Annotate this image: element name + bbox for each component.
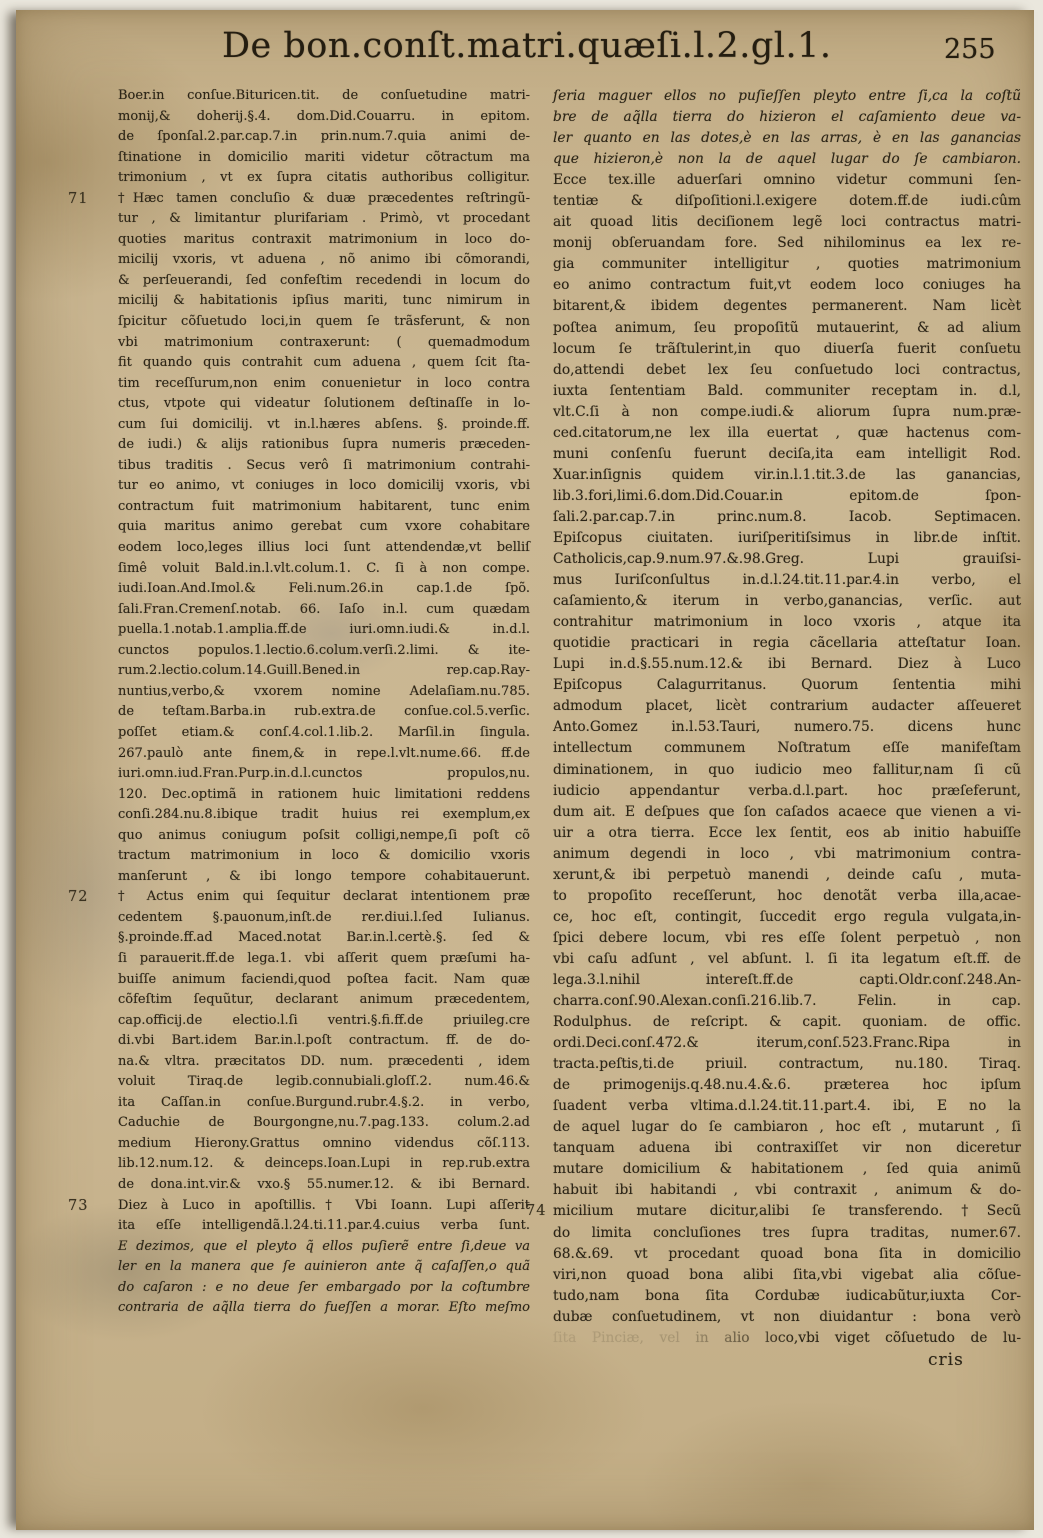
text-line: buiſſe animum faciendi,quod poſtea facit… bbox=[118, 970, 530, 991]
text-line: dum ait. E deſpues que ſon caſados acaec… bbox=[553, 802, 1021, 823]
text-line: 267.paulò ante finem,& in repe.l.vlt.num… bbox=[118, 744, 530, 765]
text-line: iudi.Ioan.And.Imol.& Feli.num.26.in cap.… bbox=[118, 579, 530, 600]
text-line: ſimê voluit Bald.in.l.vlt.colum.1. C. ſi… bbox=[118, 559, 530, 580]
text-line: cap.officij.de electio.l.ſi ventri.§.fi.… bbox=[118, 1011, 530, 1032]
text-line: de teſtam.Barba.in rub.extra.de conſue.c… bbox=[118, 702, 530, 723]
text-line: †Hæc tamen concluſio & duæ præcedentes r… bbox=[118, 189, 530, 210]
margin-number: 73 bbox=[68, 1196, 88, 1217]
text-line: mus Iuriſconſultus in.d.l.24.tit.11.par.… bbox=[553, 570, 1021, 591]
text-line: ſpici debere locum, vbi res eſſe ſolent … bbox=[553, 928, 1021, 949]
text-line: ordi.Deci.conſ.472.& iterum,conſ.523.Fra… bbox=[553, 1033, 1021, 1054]
text-line: de aquel lugar do ſe cambiaron , hoc eſt… bbox=[553, 1117, 1021, 1138]
paper-sheet: De bon.conſt.matri.quæſi.l.2.gl.1. 255 B… bbox=[16, 10, 1034, 1530]
text-line: quoties maritus contraxit matrimonium in… bbox=[118, 230, 530, 251]
text-line: tibus traditis . Secus verô ſi matrimoni… bbox=[118, 456, 530, 477]
text-line: na.& vltra. præcitatos DD. num. præceden… bbox=[118, 1052, 530, 1073]
text-line: di.vbi Bart.idem Bar.in.l.poſt contractu… bbox=[118, 1031, 530, 1052]
text-line: §.proinde.ff.ad Maced.notat Bar.in.l.cer… bbox=[118, 928, 530, 949]
text-line: mutare domicilium & habitationem , ſed q… bbox=[553, 1159, 1021, 1180]
text-line: Boer.in conſue.Bituricen.tit. de conſuet… bbox=[118, 86, 530, 107]
text-line: cõfeſtim ſequũtur, declarant animum præc… bbox=[118, 990, 530, 1011]
text-line: de dona.int.vir.& vxo.§ 55.numer.12. & i… bbox=[118, 1175, 530, 1196]
folio-number: 255 bbox=[944, 34, 996, 65]
text-line: cedentem §.pauonum,inſt.de rer.diui.l.ſe… bbox=[118, 908, 530, 929]
text-line: do caſaron : e no deue ſer embargado por… bbox=[118, 1278, 530, 1299]
text-line: tur eo animo, vt coniuges in loco domici… bbox=[118, 476, 530, 497]
text-line: lega.3.l.nihil intereſt.ff.de capti.Oldr… bbox=[553, 970, 1021, 991]
text-line: de iudi.) & alijs rationibus ſupra numer… bbox=[118, 435, 530, 456]
text-line: do,attendi debet lex ſeu conſuetudo loci… bbox=[553, 360, 1021, 381]
text-line: tanquam aduena ibi contraxiſſet vir non … bbox=[553, 1138, 1021, 1159]
text-line: caſamiento,& iterum in verbo,ganancias, … bbox=[553, 591, 1021, 612]
text-line: lib.3.fori,limi.6.dom.Did.Couar.in epito… bbox=[553, 486, 1021, 507]
text-line: poſſet etiam.& conſ.4.col.1.lib.2. Marſi… bbox=[118, 723, 530, 744]
right-text-column: ſeria maguer ellos no puſieſſen pleyto e… bbox=[553, 86, 1021, 1349]
text-line: bitarent,& ibidem degentes permanerent. … bbox=[553, 296, 1021, 317]
text-line: iuxta ſententiam Bald. communiter recept… bbox=[553, 381, 1021, 402]
text-line: manſerunt , & ibi longo tempore cohabita… bbox=[118, 867, 530, 888]
text-line: Lupi in.d.§.55.num.12.& ibi Bernard. Die… bbox=[553, 654, 1021, 675]
text-line: monij,& doherij.§.4. dom.Did.Couarru. in… bbox=[118, 107, 530, 128]
text-line: Anto.Gomez in.l.53.Tauri, numero.75. dic… bbox=[553, 717, 1021, 738]
text-line: Caduchie de Bourgongne,nu.7.pag.133. col… bbox=[118, 1113, 530, 1134]
text-line: ſita Pinciæ, vel in alio loco,vbi viget … bbox=[553, 1328, 1021, 1349]
text-line: tentiæ & diſpoſitioni.l.exigere dotem.ff… bbox=[553, 191, 1021, 212]
text-line: Xuar.inſignis quidem vir.in.l.1.tit.3.de… bbox=[553, 465, 1021, 486]
catchword: cris bbox=[928, 1350, 964, 1370]
text-line: Epiſcopus Calagurritanus. Quorum ſentent… bbox=[553, 675, 1021, 696]
text-line: cunctos populos.1.lectio.6.colum.verſi.2… bbox=[118, 641, 530, 662]
text-line: ce, hoc eſt, contingit, ſuccedit ergo re… bbox=[553, 907, 1021, 928]
text-line: xerunt,& ibi perpetuò manendi , deinde c… bbox=[553, 865, 1021, 886]
margin-number: 72 bbox=[68, 887, 88, 908]
text-line: viri,non quoad bona alibi ſita,vbi vigeb… bbox=[553, 1265, 1021, 1286]
text-line: tim receſſurum,non enim conuenietur in l… bbox=[118, 374, 530, 395]
text-line: do limita concluſiones tres ſupra tradit… bbox=[553, 1223, 1021, 1244]
text-line: fit quando quis contrahit cum aduena , q… bbox=[118, 353, 530, 374]
text-line: ſali.2.par.cap.7.in princ.num.8. Iacob. … bbox=[553, 507, 1021, 528]
text-line: ler en la manera que ſe auinieron ante q… bbox=[118, 1257, 530, 1278]
text-line: eo animo contractum fuit,vt eodem loco c… bbox=[553, 275, 1021, 296]
text-line: quotidie practicari in regia cãcellaria … bbox=[553, 633, 1021, 654]
text-line: rum.2.lectio.colum.14.Guill.Bened.in rep… bbox=[118, 661, 530, 682]
text-line: ler quanto en las dotes,è en las arras, … bbox=[553, 128, 1021, 149]
running-head: De bon.conſt.matri.quæſi.l.2.gl.1. 255 bbox=[16, 26, 1034, 86]
text-line: ait quoad litis deciſionem legẽ loci con… bbox=[553, 212, 1021, 233]
text-line: iudicio appendantur verba.d.l.part. hoc … bbox=[553, 781, 1021, 802]
text-line: E dezimos, que el pleyto q̃ ellos puſier… bbox=[118, 1237, 530, 1258]
text-line: de ſponſal.2.par.cap.7.in prin.num.7.qui… bbox=[118, 127, 530, 148]
text-line: admodum placet, licèt contrarium audacte… bbox=[553, 696, 1021, 717]
text-line: contractum fuit matrimonium habitarent, … bbox=[118, 497, 530, 518]
text-line: de primogenijs.q.48.nu.4.&.6. præterea h… bbox=[553, 1075, 1021, 1096]
text-line: dubæ conſuetudinem, vt non diuidantur : … bbox=[553, 1307, 1021, 1328]
text-line: 68.&.69. vt procedant quoad bona ſita in… bbox=[553, 1244, 1021, 1265]
text-line: ita Caſſan.in conſue.Burgund.rubr.4.§.2.… bbox=[118, 1093, 530, 1114]
text-line: micilium mutare dicitur,alibi ſe transfe… bbox=[553, 1201, 1021, 1222]
text-line: contraria de aq̃lla tierra do fueſſen a … bbox=[118, 1298, 530, 1319]
text-line: † Actus enim qui ſequitur declarat inten… bbox=[118, 887, 530, 908]
text-line: tractum matrimonium in loco & domicilio … bbox=[118, 846, 530, 867]
book-page-scan: De bon.conſt.matri.quæſi.l.2.gl.1. 255 B… bbox=[0, 0, 1043, 1538]
text-line: tur , & limitantur plurifariam . Primò, … bbox=[118, 209, 530, 230]
text-line: bre de aq̃lla tierra do hizieron el caſa… bbox=[553, 107, 1021, 128]
text-line: ſeria maguer ellos no puſieſſen pleyto e… bbox=[553, 86, 1021, 107]
text-line: conſi.284.nu.8.ibique tradit huius rei e… bbox=[118, 805, 530, 826]
text-line: 120. Dec.optimã in rationem huic limitat… bbox=[118, 785, 530, 806]
text-line: micilij vxoris, vt aduena , nõ animo ibi… bbox=[118, 250, 530, 271]
text-line: que hizieron,è non la de aquel lugar do … bbox=[553, 149, 1021, 170]
text-line: to propoſito receſſerunt, hoc denotãt ve… bbox=[553, 886, 1021, 907]
text-line: gia communiter intelligitur , quoties ma… bbox=[553, 254, 1021, 275]
text-line: micilij & habitationis ipſius mariti, tu… bbox=[118, 291, 530, 312]
text-line: Diez à Luco in apoſtillis.† Vbi Ioann. L… bbox=[118, 1196, 530, 1217]
text-line: vbi caſu adſunt , vel abſunt. l. ſi ita … bbox=[553, 949, 1021, 970]
text-line: locum ſe trãſtulerint,in quo diuerſa fue… bbox=[553, 339, 1021, 360]
text-line: ſali.Fran.Cremenſ.notab. 66. Iaſo in.l. … bbox=[118, 600, 530, 621]
text-line: cum ſui domicilij. vt in.l.hæres abſens.… bbox=[118, 415, 530, 436]
text-line: vlt.C.ſi à non compe.iudi.& aliorum ſupr… bbox=[553, 402, 1021, 423]
text-line: nuntius,verbo,& vxorem nomine Adelaſiam.… bbox=[118, 682, 530, 703]
text-line: intellectum communem Noſtratum eſſe mani… bbox=[553, 738, 1021, 759]
text-line: trimonium , vt ex ſupra citatis authorib… bbox=[118, 168, 530, 189]
text-line: quia maritus animo gerebat cum vxore coh… bbox=[118, 517, 530, 538]
text-line: ſpicitur cõſuetudo loci,in quem ſe trãsf… bbox=[118, 312, 530, 333]
text-line: poſtea animum, ſeu propoſitũ mutauerint,… bbox=[553, 318, 1021, 339]
margin-number: 74 bbox=[526, 1201, 546, 1222]
text-line: lib.12.num.12. & deinceps.Ioan.Lupi in r… bbox=[118, 1154, 530, 1175]
text-line: iuri.omn.iud.Fran.Purp.in.d.l.cunctos pr… bbox=[118, 764, 530, 785]
text-line: Rodulphus. de reſcript. & capit. quoniam… bbox=[553, 1012, 1021, 1033]
running-title: De bon.conſt.matri.quæſi.l.2.gl.1. bbox=[222, 26, 832, 66]
left-text-column: Boer.in conſue.Bituricen.tit. de conſuet… bbox=[118, 86, 530, 1319]
text-line: monij obſeruandam fore. Sed nihilominus … bbox=[553, 233, 1021, 254]
text-line: vbi matrimonium contraxerunt: ( quemadmo… bbox=[118, 333, 530, 354]
text-line: ſi parauerit.ff.de lega.1. vbi aſſerit q… bbox=[118, 949, 530, 970]
text-line: eodem loco,leges illius loci ſunt attend… bbox=[118, 538, 530, 559]
text-line: habuit ibi habitandi , vbi contraxit , a… bbox=[553, 1180, 1021, 1201]
text-line: tudo,nam bona ſita Cordubæ iudicabũtur,i… bbox=[553, 1286, 1021, 1307]
text-line: animum degendi in loco , vbi matrimonium… bbox=[553, 844, 1021, 865]
margin-number: 71 bbox=[68, 189, 88, 210]
text-line: puella.1.notab.1.amplia.ff.de iuri.omn.i… bbox=[118, 620, 530, 641]
text-line: Ecce tex.ille aduerſari omnino videtur c… bbox=[553, 170, 1021, 191]
text-line: Epiſcopus ciuitaten. iuriſperitiſsimus i… bbox=[553, 528, 1021, 549]
text-line: tracta.peſtis,ti.de priuil. contractum, … bbox=[553, 1054, 1021, 1075]
text-line: uir a otra tierra. Ecce lex ſentit, eos … bbox=[553, 823, 1021, 844]
text-line: muni conſenſu fuerunt deciſa,ita eam int… bbox=[553, 444, 1021, 465]
text-line: ced.citatorum,ne lex illa euertat , quæ … bbox=[553, 423, 1021, 444]
text-line: ita eſſe intelligendã.l.24.ti.11.par.4.c… bbox=[118, 1216, 530, 1237]
text-line: ſuadent verba vltima.d.l.24.tit.11.part.… bbox=[553, 1096, 1021, 1117]
text-line: ſtinatione in domicilio mariti videtur c… bbox=[118, 148, 530, 169]
text-line: charra.conſ.90.Alexan.conſi.216.lib.7. F… bbox=[553, 991, 1021, 1012]
text-line: & perſeuerandi, ſed confeſtim recedendi … bbox=[118, 271, 530, 292]
text-line: contrahitur matrimonium in loco vxoris ,… bbox=[553, 612, 1021, 633]
text-line: voluit Tiraq.de legib.connubiali.gloſſ.2… bbox=[118, 1072, 530, 1093]
text-line: Catholicis,cap.9.num.97.&.98.Greg. Lupi … bbox=[553, 549, 1021, 570]
text-line: ctus, vtpote qui videatur ſolutionem deſ… bbox=[118, 394, 530, 415]
text-line: medium Hierony.Grattus omnino videndus c… bbox=[118, 1134, 530, 1155]
text-line: diminationem, in quo iudicio meo fallitu… bbox=[553, 760, 1021, 781]
text-line: quo animus coniugum poſsit colligi,nempe… bbox=[118, 826, 530, 847]
